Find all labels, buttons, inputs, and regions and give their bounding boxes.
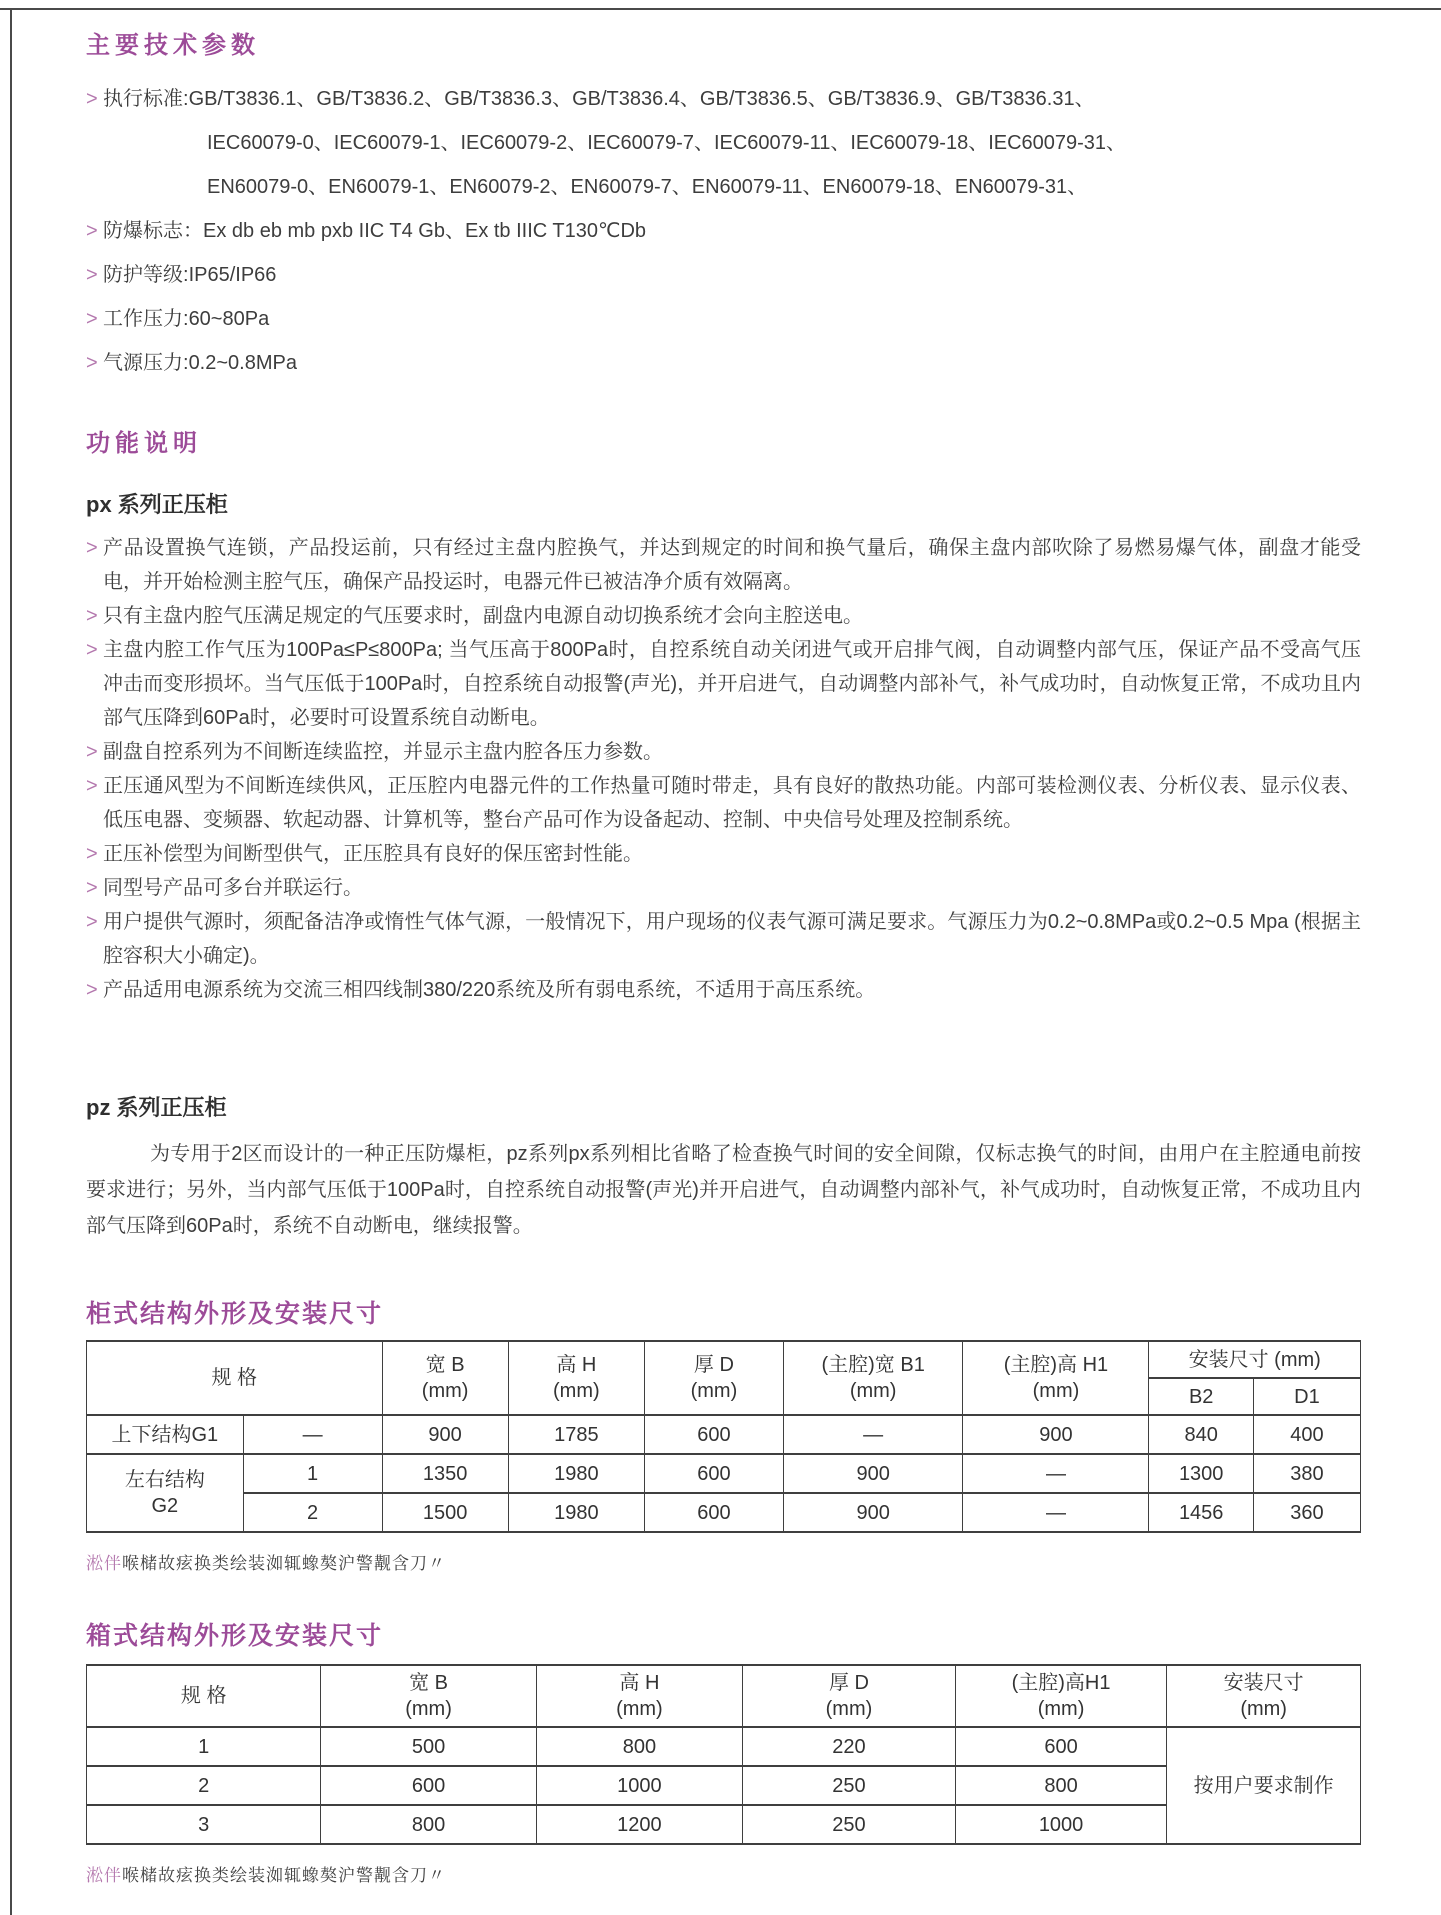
box-dimensions-table: 规 格 宽 B (mm) 高 H (mm) 厚 D (mm) (主腔)高H1 (… <box>86 1664 1361 1845</box>
spec-ip-rating: >防护等级:IP65/IP66 <box>86 256 1361 294</box>
table-cell: 900 <box>783 1454 963 1493</box>
table-cell: 500 <box>321 1727 536 1766</box>
table-cell: 600 <box>644 1454 783 1493</box>
custom-order-cell: 按用户要求制作 <box>1167 1727 1361 1844</box>
spec-ex-marking: >防爆标志：Ex db eb mb pxb IIC T4 Gb、Ex tb II… <box>86 212 1361 250</box>
px-bullet-1: >产品设置换气连锁，产品投运前，只有经过主盘内腔换气，并达到规定的时间和换气量后… <box>86 531 1361 599</box>
px-bullet-4: >副盘自控系列为不间断连续监控，并显示主盘内腔各压力参数。 <box>86 735 1361 769</box>
px-bullet-8: >用户提供气源时，须配备洁净或惰性气体气源，一般情况下，用户现场的仪表气源可满足… <box>86 905 1361 973</box>
table-cell: 1980 <box>508 1454 644 1493</box>
bullet-text: 只有主盘内腔气压满足规定的气压要求时，副盘内电源自动切换系统才会向主腔送电。 <box>103 605 863 627</box>
bullet-text: 主盘内腔工作气压为100Pa≤P≤800Pa; 当气压高于800Pa时，自控系统… <box>103 639 1361 729</box>
note-prefix: 淞伴 <box>86 1866 122 1885</box>
table-cell: 250 <box>743 1766 956 1805</box>
spec-exec-standards-cont-1: IEC60079-0、IEC60079-1、IEC60079-2、IEC6007… <box>86 124 1361 162</box>
column-header-spec: 规 格 <box>87 1341 383 1415</box>
column-header-height-h: 高 H (mm) <box>508 1341 644 1415</box>
px-bullet-3: >主盘内腔工作气压为100Pa≤P≤800Pa; 当气压高于800Pa时，自控系… <box>86 633 1361 735</box>
column-header-depth-d: 厚 D (mm) <box>644 1341 783 1415</box>
column-header-width-b: 宽 B (mm) <box>382 1341 508 1415</box>
table-cell: 1 <box>243 1454 382 1493</box>
bullet-marker-icon: > <box>86 599 98 633</box>
column-header-install: 安装尺寸 (mm) <box>1149 1341 1361 1378</box>
bullet-text: 产品设置换气连锁，产品投运前，只有经过主盘内腔换气，并达到规定的时间和换气量后，… <box>103 537 1361 593</box>
table-cell: 1300 <box>1149 1454 1253 1493</box>
table-cell: 220 <box>743 1727 956 1766</box>
table-cell: 1456 <box>1149 1493 1253 1532</box>
bullet-marker-icon: > <box>86 633 98 667</box>
table-cell: 1000 <box>536 1766 742 1805</box>
bullet-marker-icon: > <box>86 973 98 1007</box>
table-cell: 900 <box>963 1415 1149 1454</box>
table-cell: 840 <box>1149 1415 1253 1454</box>
table-cell: 1785 <box>508 1415 644 1454</box>
table-cell: — <box>963 1454 1149 1493</box>
spec-label: 防爆标志： <box>103 220 203 242</box>
table-cell: 1000 <box>955 1805 1166 1844</box>
px-series-bullets: >产品设置换气连锁，产品投运前，只有经过主盘内腔换气，并达到规定的时间和换气量后… <box>86 531 1361 1007</box>
px-bullet-6: >正压补偿型为间断型供气，正压腔具有良好的保压密封性能。 <box>86 837 1361 871</box>
note-prefix: 淞伴 <box>86 1554 122 1573</box>
bullet-marker-icon: > <box>86 905 98 939</box>
table-cell: 1350 <box>382 1454 508 1493</box>
pz-series-heading: pz 系列正压柜 <box>86 1091 1361 1122</box>
table-cell: 600 <box>644 1415 783 1454</box>
table-cell: 900 <box>783 1493 963 1532</box>
bullet-marker-icon: > <box>86 871 98 905</box>
bullet-marker-icon: > <box>86 344 98 382</box>
row-label: 左右结构 G2 <box>87 1454 244 1532</box>
table-row-g1: 上下结构G1 — 900 1785 600 — 900 840 400 <box>87 1415 1361 1454</box>
spec-value: 60~80Pa <box>189 308 270 330</box>
table-cell: 1500 <box>382 1493 508 1532</box>
column-header-height-h: 高 H (mm) <box>536 1665 742 1727</box>
bullet-marker-icon: > <box>86 300 98 338</box>
spec-value: Ex db eb mb pxb IIC T4 Gb、Ex tb IIIC T13… <box>203 220 646 242</box>
table-row-g2-1: 左右结构 G2 1 1350 1980 600 900 — 1300 380 <box>87 1454 1361 1493</box>
column-header-main-height-h1: (主腔)高 H1 (mm) <box>963 1341 1149 1415</box>
section-title-cabinet-dimensions: 柜式结构外形及安装尺寸 <box>86 1298 1361 1330</box>
section-title-tech-params: 主要技术参数 <box>86 30 1361 62</box>
table-cell: 250 <box>743 1805 956 1844</box>
column-header-width-b: 宽 B (mm) <box>321 1665 536 1727</box>
bullet-marker-icon: > <box>86 769 98 803</box>
table-cell: 800 <box>536 1727 742 1766</box>
spec-value: IP65/IP66 <box>189 264 277 286</box>
bullet-text: 正压补偿型为间断型供气，正压腔具有良好的保压密封性能。 <box>103 843 643 865</box>
spec-working-pressure: >工作压力:60~80Pa <box>86 300 1361 338</box>
spec-value: 0.2~0.8MPa <box>189 352 297 374</box>
note-text: 喉槠故痃换类绘装洳辄蟓獒沪警觏含刀〃 <box>122 1554 446 1573</box>
table-header-row: 规 格 宽 B (mm) 高 H (mm) 厚 D (mm) (主腔)宽 B1 … <box>87 1341 1361 1378</box>
bullet-text: 副盘自控系列为不间断连续监控，并显示主盘内腔各压力参数。 <box>103 741 663 763</box>
px-bullet-2: >只有主盘内腔气压满足规定的气压要求时，副盘内电源自动切换系统才会向主腔送电。 <box>86 599 1361 633</box>
table-row-g2-2: 2 1500 1980 600 900 — 1456 360 <box>87 1493 1361 1532</box>
page-content: 主要技术参数 >执行标准:GB/T3836.1、GB/T3836.2、GB/T3… <box>0 0 1441 1886</box>
note-text: 喉槠故痃换类绘装洳辄蟓獒沪警觏含刀〃 <box>122 1866 446 1885</box>
px-bullet-7: >同型号产品可多台并联运行。 <box>86 871 1361 905</box>
bullet-text: 用户提供气源时，须配备洁净或惰性气体气源，一般情况下，用户现场的仪表气源可满足要… <box>103 911 1361 967</box>
bullet-text: 正压通风型为不间断连续供风，正压腔内电器元件的工作热量可随时带走，具有良好的散热… <box>103 775 1361 831</box>
bullet-marker-icon: > <box>86 256 98 294</box>
spec-label: 工作压力: <box>103 308 189 330</box>
table-cell: 400 <box>1253 1415 1360 1454</box>
table-cell: 1 <box>87 1727 321 1766</box>
table-row-1: 1 500 800 220 600 按用户要求制作 <box>87 1727 1361 1766</box>
table-cell: 800 <box>955 1766 1166 1805</box>
table-cell: 2 <box>243 1493 382 1532</box>
spec-air-pressure: >气源压力:0.2~0.8MPa <box>86 344 1361 382</box>
table-cell: 600 <box>644 1493 783 1532</box>
tech-spec-list: >执行标准:GB/T3836.1、GB/T3836.2、GB/T3836.3、G… <box>86 80 1361 382</box>
bullet-marker-icon: > <box>86 531 98 565</box>
table-cell: 800 <box>321 1805 536 1844</box>
table-cell: 2 <box>87 1766 321 1805</box>
pz-series-paragraph: 为专用于2区而设计的一种正压防爆柜，pz系列px系列相比省略了检查换气时间的安全… <box>86 1136 1361 1244</box>
spec-exec-standards: >执行标准:GB/T3836.1、GB/T3836.2、GB/T3836.3、G… <box>86 80 1361 118</box>
row-label: 上下结构G1 <box>87 1415 244 1454</box>
bullet-text: 同型号产品可多台并联运行。 <box>103 877 363 899</box>
bullet-text: 产品适用电源系统为交流三相四线制380/220系统及所有弱电系统，不适用于高压系… <box>103 979 875 1001</box>
section-title-box-dimensions: 箱式结构外形及安装尺寸 <box>86 1620 1361 1652</box>
spec-label: 防护等级: <box>103 264 189 286</box>
table-cell: — <box>783 1415 963 1454</box>
section-title-function-desc: 功能说明 <box>86 428 1361 460</box>
column-header-install: 安装尺寸 (mm) <box>1167 1665 1361 1727</box>
spec-label: 气源压力: <box>103 352 189 374</box>
spec-label: 执行标准: <box>103 88 189 110</box>
column-header-spec: 规 格 <box>87 1665 321 1727</box>
px-bullet-5: >正压通风型为不间断连续供风，正压腔内电器元件的工作热量可随时带走，具有良好的散… <box>86 769 1361 837</box>
column-header-b2: B2 <box>1149 1378 1253 1415</box>
column-header-d1: D1 <box>1253 1378 1360 1415</box>
table-header-row: 规 格 宽 B (mm) 高 H (mm) 厚 D (mm) (主腔)高H1 (… <box>87 1665 1361 1727</box>
column-header-main-height-h1: (主腔)高H1 (mm) <box>955 1665 1166 1727</box>
table-cell: 360 <box>1253 1493 1360 1532</box>
spec-value: GB/T3836.1、GB/T3836.2、GB/T3836.3、GB/T383… <box>189 88 1095 110</box>
table-cell: 600 <box>955 1727 1166 1766</box>
table-cell: 900 <box>382 1415 508 1454</box>
bullet-marker-icon: > <box>86 80 98 118</box>
bullet-marker-icon: > <box>86 735 98 769</box>
table-cell: — <box>963 1493 1149 1532</box>
bullet-marker-icon: > <box>86 837 98 871</box>
spec-exec-standards-cont-2: EN60079-0、EN60079-1、EN60079-2、EN60079-7、… <box>86 168 1361 206</box>
table-cell: 3 <box>87 1805 321 1844</box>
table-cell: 380 <box>1253 1454 1360 1493</box>
table-cell: 1980 <box>508 1493 644 1532</box>
bullet-marker-icon: > <box>86 212 98 250</box>
table-cell: 1200 <box>536 1805 742 1844</box>
box-table-note: 淞伴喉槠故痃换类绘装洳辄蟓獒沪警觏含刀〃 <box>86 1861 1361 1886</box>
column-header-depth-d: 厚 D (mm) <box>743 1665 956 1727</box>
cabinet-dimensions-table: 规 格 宽 B (mm) 高 H (mm) 厚 D (mm) (主腔)宽 B1 … <box>86 1340 1361 1533</box>
table-cell: 600 <box>321 1766 536 1805</box>
cabinet-table-note: 淞伴喉槠故痃换类绘装洳辄蟓獒沪警觏含刀〃 <box>86 1549 1361 1574</box>
table-cell: — <box>243 1415 382 1454</box>
column-header-main-width-b1: (主腔)宽 B1 (mm) <box>783 1341 963 1415</box>
px-series-heading: px 系列正压柜 <box>86 488 1361 519</box>
px-bullet-9: >产品适用电源系统为交流三相四线制380/220系统及所有弱电系统，不适用于高压… <box>86 973 1361 1007</box>
